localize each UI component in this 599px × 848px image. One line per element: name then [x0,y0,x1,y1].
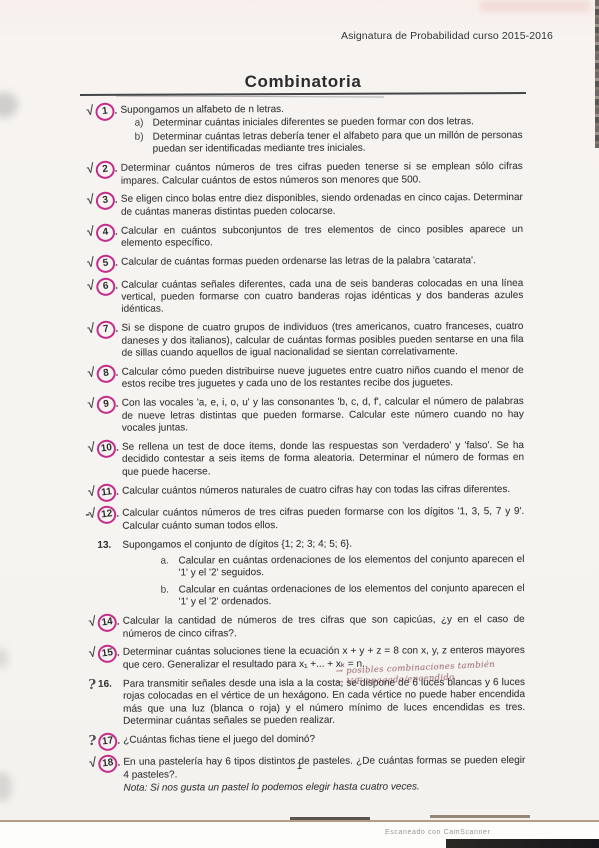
item-number-col: 11. [97,485,122,501]
item-mark: √ [86,225,93,238]
item-note: Nota: Si nos gusta un pastel lo podemos … [123,781,525,795]
exercise-item: √ 3. Se eligen cinco bolas entre diez di… [57,192,523,219]
exercise-item: √ 1. Supongamos un alfabeto de n letras.… [56,103,522,157]
course-header: Asignatura de Probabilidad curso 2015-20… [341,30,553,42]
item-number-col: 8. [97,367,122,392]
item-number-dot: . [115,195,118,206]
item-text: Calcular cómo pueden distribuirse nueve … [122,365,524,392]
item-body: Con las vocales 'a, e, i, o, u' y las co… [122,396,524,435]
item-gutter: √ [58,486,97,502]
item-mark: √ [87,323,94,336]
item-number-col: 5. [96,257,121,273]
item-body: Se eligen cinco bolas entre diez disponi… [121,192,523,219]
item-number: 9 [96,395,117,415]
item-mark: √ [87,367,94,380]
item-number: 14 [97,613,118,633]
item-gutter: √ [58,442,97,479]
item-text: Con las vocales 'a, e, i, o, u' y las co… [122,396,524,435]
exercise-item: √ 11. Calcular cuántos números naturales… [58,484,524,502]
item-number: 15 [97,644,118,664]
item-mark: √ [87,398,94,411]
item-text: Se rellena un test de doce items, donde … [122,440,524,479]
page-title: Combinatoria [237,72,370,92]
subitem-label: a) [135,118,153,130]
item-number-dot: . [116,443,119,454]
subitem-label: a. [160,555,178,580]
scan-smudge [0,648,8,668]
item-text: Calcular en cuántos subconjuntos de tres… [121,224,523,251]
item-gutter: √ [57,279,96,316]
item-gutter: √ [58,367,97,392]
item-number-dot: . [114,106,117,117]
item-number-dot: . [115,280,118,291]
item-text: Supongamos un alfabeto de n letras. [120,103,522,117]
item-body: Se rellena un test de doce items, donde … [122,440,524,479]
item-text: Se eligen cinco bolas entre diez disponi… [121,192,523,219]
item-body: Calcular de cuántas formas pueden ordena… [121,255,523,273]
item-gutter: √ [56,105,95,157]
item-gutter: √ [57,194,96,219]
subitem-text: Calcular en cuántas ordenaciones de los … [178,554,524,580]
item-body: Supongamos un alfabeto de n letras. a) D… [120,103,522,156]
item-text: Calcular cuántos números naturales de cu… [122,484,524,498]
item-number-col: 12. [97,508,122,533]
exercise-item: √ 7. Si se dispone de cuatro grupos de i… [57,321,523,360]
item-number-dot: . [116,399,119,410]
item-body: Calcular cuántos números de tres cifras … [122,506,524,533]
scan-pink-smear [480,0,590,12]
item-gutter [58,539,97,609]
item-number: 17 [97,732,118,752]
item-number-col: 3. [96,194,121,219]
item-number-dot: . [117,648,120,659]
item-number-col: 17. [98,735,123,751]
item-gutter: -√ [58,508,97,533]
item-text: Si se dispone de cuatro grupos de indivi… [121,321,523,360]
item-number: 1 [94,102,115,122]
item-number-dot: . [115,164,118,175]
item-number-col: 2. [96,163,121,188]
item-number: 8 [96,364,117,384]
item-number: 7 [95,320,116,340]
item-body: Calcular cuántas señales diferentes, cad… [121,278,523,317]
paper: Asignatura de Probabilidad curso 2015-20… [0,0,599,822]
exercise-item: √ 4. Calcular en cuántos subconjuntos de… [57,224,523,251]
item-mark: √ [86,105,93,118]
item-number-col: 16. [98,678,123,728]
scanned-page: Asignatura de Probabilidad curso 2015-20… [0,0,599,848]
item-gutter: √ [59,616,98,641]
item-number-col: 9. [97,398,122,435]
exercise-item: 13. Supongamos el conjunto de dígitos {1… [58,538,524,610]
item-body: Supongamos el conjunto de dígitos {1; 2;… [122,538,524,610]
item-number: 13 [97,539,108,550]
item-text: Calcular cuántos números de tres cifras … [122,506,524,533]
item-body: Calcular en cuántos subconjuntos de tres… [121,224,523,251]
exercise-item: √ 6. Calcular cuántas señales diferentes… [57,278,523,317]
subitem-text: Calcular en cuántas ordenaciones de los … [179,583,525,609]
scan-smudge [0,92,18,118]
item-gutter: √ [57,323,96,360]
item-number-col: 10. [97,442,122,479]
item-number-dot: . [109,679,112,690]
item-number: 11 [96,482,117,502]
item-number: 3 [95,191,116,211]
item-gutter: ? [59,735,98,751]
subitem-text: Determinar cuántas letras debería tener … [153,130,523,156]
item-mark: √ [86,279,93,292]
item-mark: ? [88,678,95,690]
item-number: 5 [95,254,116,274]
watermark: Escaneado con CamScanner [385,829,490,836]
item-number: 4 [95,222,116,242]
item-body: Calcular cómo pueden distribuirse nueve … [122,365,524,392]
exercise-item: √ 2. Determinar cuántos números de tres … [57,161,523,188]
item-number-col: 6. [96,279,121,316]
item-text: Supongamos el conjunto de dígitos {1; 2;… [122,538,524,552]
item-body: Calcular cuántos números naturales de cu… [122,484,524,502]
exercise-item: √ 5. Calcular de cuántas formas pueden o… [57,255,523,273]
item-number-col: 15. [98,647,123,672]
item-number-dot: . [116,509,119,520]
page-number: 1 [0,760,599,772]
exercise-item: √ 9. Con las vocales 'a, e, i, o, u' y l… [58,396,524,435]
item-text: Calcular cuántas señales diferentes, cad… [121,278,523,317]
item-number-dot: . [117,736,120,747]
item-body: Para transmitir señales desde una isla a… [123,677,525,728]
item-number-dot: . [116,368,119,379]
item-body: Si se dispone de cuatro grupos de indivi… [121,321,523,360]
exercise-list: √ 1. Supongamos un alfabeto de n letras.… [56,103,525,802]
item-body: Determinar cuántos números de tres cifra… [121,161,523,188]
item-text: Calcular la cantidad de números de tres … [123,614,525,641]
item-number: 12 [96,505,117,525]
item-number: 2 [95,160,116,180]
item-mark: √ [87,442,94,455]
item-text: ¿Cuántas fichas tiene el juego del domin… [123,733,525,747]
item-gutter: √ [59,647,98,672]
subitem: b. Calcular en cuántas ordenaciones de l… [161,583,525,609]
item-mark: √ [88,647,95,660]
item-number-dot: . [117,617,120,628]
item-number-col: 14. [98,616,123,641]
subitem: a. Calcular en cuántas ordenaciones de l… [160,554,524,580]
exercise-item: ? 17. ¿Cuántas fichas tiene el juego del… [59,733,525,751]
item-body: ¿Cuántas fichas tiene el juego del domin… [123,733,525,751]
subitem-text: Determinar cuántas iniciales diferentes … [153,116,523,130]
item-mark: √ [86,257,93,270]
paper-bottom-edge [290,817,370,820]
item-gutter: √ [57,163,96,188]
exercise-item: ? 16. Para transmitir señales desde una … [59,677,525,729]
subitem: b) Determinar cuántas letras debería ten… [135,130,523,157]
item-mark: √ [88,616,95,629]
item-number-dot: . [116,487,119,498]
item-number-col: 1. [95,105,120,157]
item-number: 10 [96,439,117,459]
item-mark: √ [86,194,93,207]
item-number-dot: . [109,539,112,550]
item-mark: √ [87,485,94,498]
paper-bottom-edge [430,815,530,818]
item-mark: √ [86,163,93,176]
item-mark: -√ [84,508,95,521]
subitem-list: a) Determinar cuántas iniciales diferent… [121,116,523,156]
subitem-list: a. Calcular en cuántas ordenaciones de l… [122,554,524,609]
item-number-dot: . [115,324,118,335]
item-number-col: 13. [97,539,122,609]
exercise-item: √ 10. Se rellena un test de doce items, … [58,440,524,479]
title-rule-shadow [116,96,384,98]
item-gutter: √ [57,257,96,273]
item-gutter: ? [59,679,98,729]
exercise-item: -√ 12. Calcular cuántos números de tres … [58,506,524,533]
title-block: Combinatoria [80,72,526,97]
item-number: 6 [95,276,116,296]
scan-edge-right [595,0,599,148]
item-text: Determinar cuántos números de tres cifra… [121,161,523,188]
item-gutter: √ [58,398,97,435]
item-number-dot: . [115,258,118,269]
item-number: 16 [98,679,109,690]
subitem-label: b) [135,131,153,156]
item-text: Calcular de cuántas formas pueden ordena… [121,255,523,269]
item-text: Para transmitir señales desde una isla a… [123,677,525,728]
exercise-item: √ 8. Calcular cómo pueden distribuirse n… [58,365,524,392]
item-mark: ? [88,735,95,747]
exercise-item: √ 14. Calcular la cantidad de números de… [59,614,525,641]
subitem: a) Determinar cuántas iniciales diferent… [135,116,523,130]
item-body: Calcular la cantidad de números de tres … [123,614,525,641]
subitem-label: b. [161,584,179,609]
item-gutter: √ [57,226,96,251]
item-number-dot: . [115,227,118,238]
camscanner-bar [446,839,599,848]
item-number-col: 4. [96,225,121,250]
scan-smudge [0,772,12,802]
item-number-col: 7. [96,323,121,360]
